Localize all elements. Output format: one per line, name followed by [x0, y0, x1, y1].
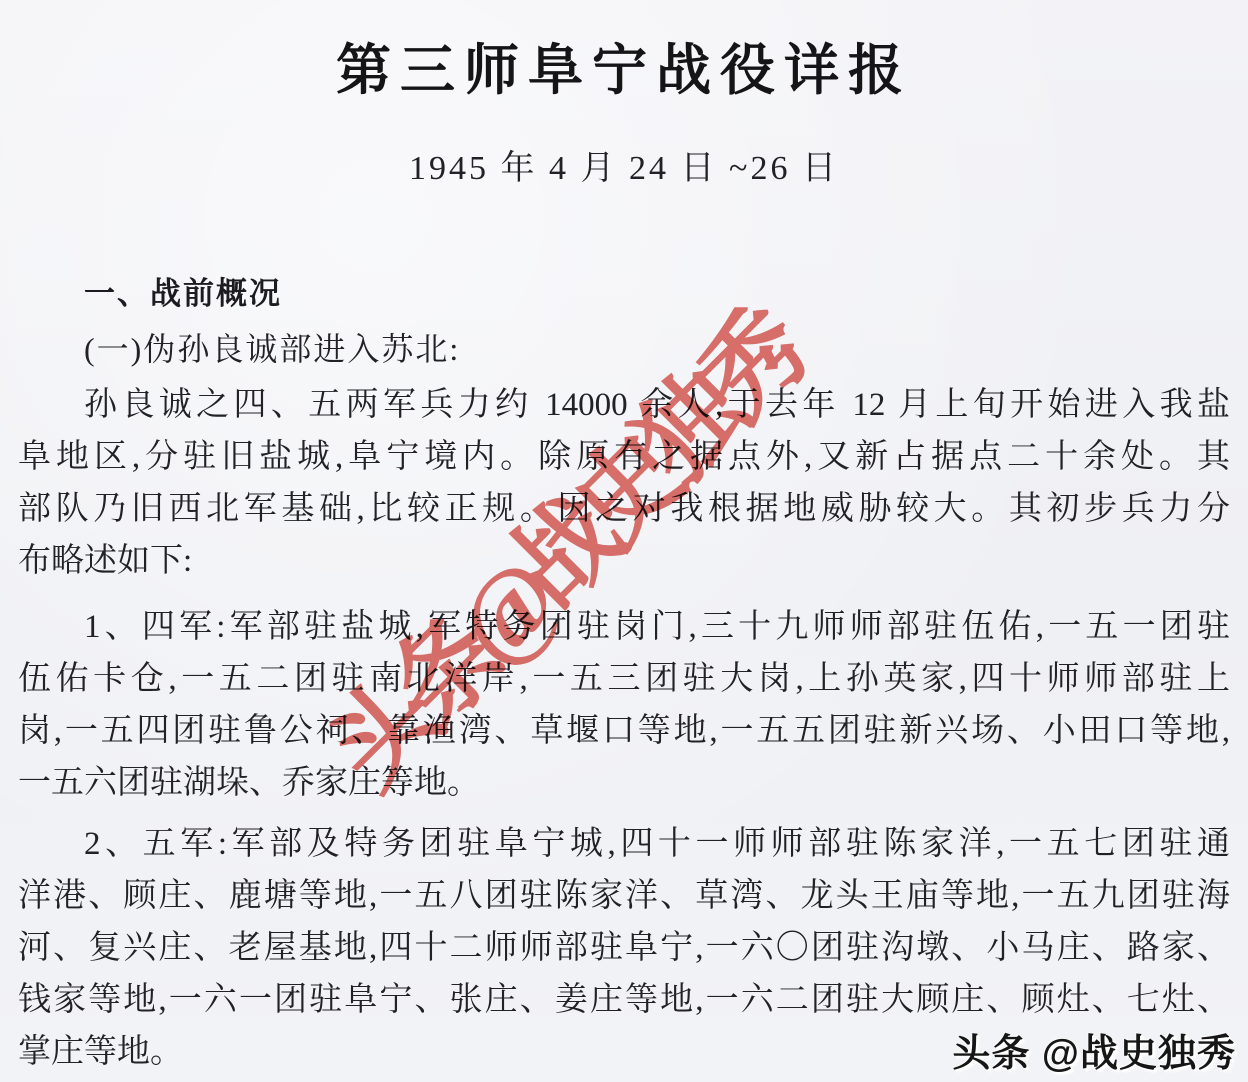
- paragraph-line: 2、五军:军部及特务团驻阜宁城,四十一师师部驻陈家洋,一五七团驻通: [84, 822, 1230, 874]
- paragraph-line: 洋港、顾庄、鹿塘等地,一五八团驻陈家洋、草湾、龙头王庙等地,一五九团驻海: [18, 874, 1230, 926]
- paragraph-line: 布略述如下:: [18, 539, 1230, 591]
- document-date: 1945 年 4 月 24 日 ~26 日: [0, 140, 1248, 189]
- paragraph-line: 1、四军:军部驻盐城,军特务团驻岗门,三十九师师部驻伍佑,一五一团驻: [84, 605, 1230, 657]
- paragraph-line: 河、复兴庄、老屋基地,四十二师师部驻阜宁,一六〇团驻沟墩、小马庄、路家、: [18, 926, 1230, 978]
- paragraph-line: 岗,一五四团驻鲁公祠、靠渔湾、草堰口等地,一五五团驻新兴场、小田口等地,: [18, 709, 1230, 761]
- paragraph-line: 伍佑卡仓,一五二团驻南北洋岸,一五三团驻大岗,上孙英家,四十师师部驻上: [18, 657, 1230, 709]
- section-heading: 一、战前概况: [84, 268, 282, 313]
- paragraph-line: 一五六团驻湖垛、乔家庄等地。: [18, 761, 1230, 813]
- document-title: 第三师阜宁战役详报: [0, 26, 1248, 105]
- corner-watermark: 头条 @战史独秀: [952, 1022, 1236, 1077]
- subsection-heading: (一)伪孙良诚部进入苏北:: [84, 324, 460, 370]
- document-page: 第三师阜宁战役详报 1945 年 4 月 24 日 ~26 日 一、战前概况 (…: [0, 0, 1248, 1082]
- paragraph-line: 阜地区,分驻旧盐城,阜宁境内。除原有之据点外,又新占据点二十余处。其: [18, 435, 1230, 487]
- paragraph-line: 部队乃旧西北军基础,比较正规。因之对我根据地威胁较大。其初步兵力分: [18, 487, 1230, 539]
- paragraph-line: 孙良诚之四、五两军兵力约 14000 余人,于去年 12 月上旬开始进入我盐: [84, 383, 1230, 435]
